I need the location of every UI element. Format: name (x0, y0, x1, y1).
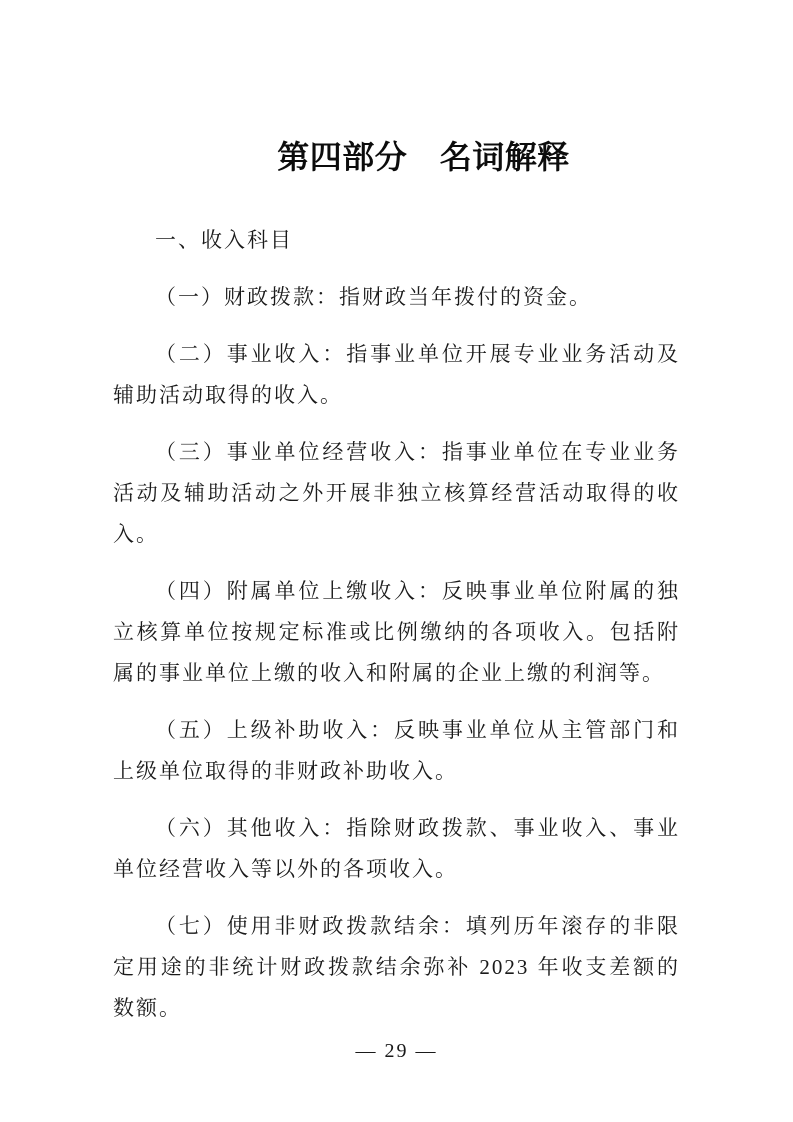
page-title: 第四部分 名词解释 (27, 137, 793, 177)
definition-paragraph-6: （六）其他收入：指除财政拨款、事业收入、事业单位经营收入等以外的各项收入。 (113, 808, 680, 890)
document-body: 一、收入科目 （一）财政拨款：指财政当年拨付的资金。 （二）事业收入：指事业单位… (113, 220, 680, 1029)
definition-paragraph-1: （一）财政拨款：指财政当年拨付的资金。 (113, 277, 680, 318)
definition-paragraph-7: （七）使用非财政拨款结余：填列历年滚存的非限定用途的非统计财政拨款结余弥补 20… (113, 906, 680, 1029)
definition-paragraph-4: （四）附属单位上缴收入：反映事业单位附属的独立核算单位按规定标准或比例缴纳的各项… (113, 571, 680, 694)
definition-paragraph-5: （五）上级补助收入：反映事业单位从主管部门和上级单位取得的非财政补助收入。 (113, 710, 680, 792)
definition-paragraph-3: （三）事业单位经营收入：指事业单位在专业业务活动及辅助活动之外开展非独立核算经营… (113, 432, 680, 555)
definition-paragraph-2: （二）事业收入：指事业单位开展专业业务活动及辅助活动取得的收入。 (113, 334, 680, 416)
document-page: 第四部分 名词解释 一、收入科目 （一）财政拨款：指财政当年拨付的资金。 （二）… (0, 0, 793, 1122)
section-heading: 一、收入科目 (113, 220, 680, 261)
page-number: — 29 — (0, 1036, 793, 1066)
